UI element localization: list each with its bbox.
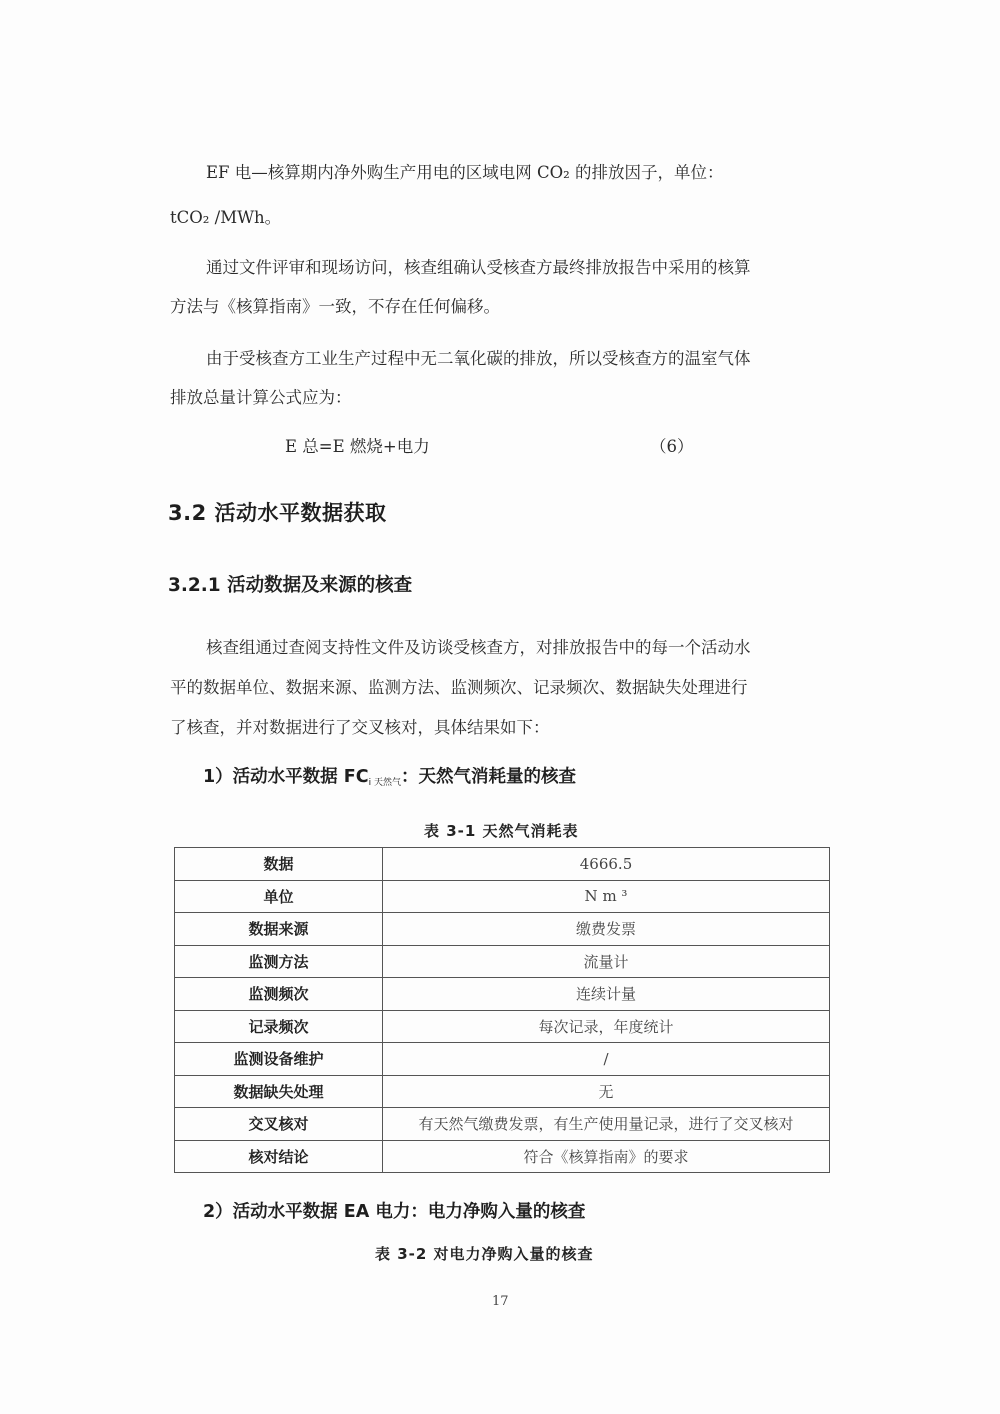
item2-heading: 2）活动水平数据 EA 电力：电力净购入量的核查 xyxy=(203,1198,585,1223)
formula-number: （6） xyxy=(650,437,694,457)
row-label: 记录频次 xyxy=(175,1010,383,1043)
item1-heading: 1）活动水平数据 FCi 天然气：天然气消耗量的核查 xyxy=(203,763,576,788)
row-value: 连续计量 xyxy=(383,978,830,1011)
row-label: 核对结论 xyxy=(175,1140,383,1173)
table-row: 监测设备维护 / xyxy=(175,1043,830,1076)
row-value: 缴费发票 xyxy=(383,913,830,946)
row-label: 单位 xyxy=(175,880,383,913)
method-paragraph-line2: 方法与《核算指南》一致，不存在任何偏移。 xyxy=(170,297,500,317)
natural-gas-consumption-table: 数据 4666.5 单位 N m ³ 数据来源 缴费发票 监测方法 流量计 监测… xyxy=(174,847,830,1173)
table-row: 数据来源 缴费发票 xyxy=(175,913,830,946)
table-row: 核对结论 符合《核算指南》的要求 xyxy=(175,1140,830,1173)
row-value: 4666.5 xyxy=(383,848,830,881)
table-row: 单位 N m ³ xyxy=(175,880,830,913)
row-label: 监测频次 xyxy=(175,978,383,1011)
row-label: 监测方法 xyxy=(175,945,383,978)
section-3-2-1-heading: 3.2.1 活动数据及来源的核查 xyxy=(168,571,412,597)
row-label: 数据缺失处理 xyxy=(175,1075,383,1108)
intro-paragraph-line3: 了核查，并对数据进行了交叉核对，具体结果如下： xyxy=(170,718,550,738)
row-label: 监测设备维护 xyxy=(175,1043,383,1076)
ef-definition-line2: tCO₂ /MWh。 xyxy=(170,208,281,228)
row-value: N m ³ xyxy=(383,880,830,913)
row-label: 数据来源 xyxy=(175,913,383,946)
table-row: 数据 4666.5 xyxy=(175,848,830,881)
row-value: 流量计 xyxy=(383,945,830,978)
table-row: 记录频次 每次记录，年度统计 xyxy=(175,1010,830,1043)
row-label: 交叉核对 xyxy=(175,1108,383,1141)
formula: E 总=E 燃烧+电力 xyxy=(285,437,430,457)
method-paragraph-line1: 通过文件评审和现场访问，核查组确认受核查方最终排放报告中采用的核算 xyxy=(206,258,751,278)
table-row: 交叉核对 有天然气缴费发票，有生产使用量记录，进行了交叉核对 xyxy=(175,1108,830,1141)
table-row: 监测频次 连续计量 xyxy=(175,978,830,1011)
table-row: 数据缺失处理 无 xyxy=(175,1075,830,1108)
total-emission-paragraph-line1: 由于受核查方工业生产过程中无二氧化碳的排放，所以受核查方的温室气体 xyxy=(206,349,751,369)
table-3-2-caption: 表 3-2 对电力净购入量的核查 xyxy=(375,1243,594,1264)
row-value: 无 xyxy=(383,1075,830,1108)
table-row: 监测方法 流量计 xyxy=(175,945,830,978)
row-value: 有天然气缴费发票，有生产使用量记录，进行了交叉核对 xyxy=(383,1108,830,1141)
item1-subscript-gas: 天然气 xyxy=(371,778,401,788)
table-3-1-caption: 表 3-1 天然气消耗表 xyxy=(424,820,579,841)
total-emission-paragraph-line2: 排放总量计算公式应为： xyxy=(170,388,352,408)
intro-paragraph-line2: 平的数据单位、数据来源、监测方法、监测频次、记录频次、数据缺失处理进行 xyxy=(170,678,748,698)
row-value: 符合《核算指南》的要求 xyxy=(383,1140,830,1173)
intro-paragraph-line1: 核查组通过查阅支持性文件及访谈受核查方，对排放报告中的每一个活动水 xyxy=(206,638,751,658)
item1-suffix: ：天然气消耗量的核查 xyxy=(401,767,576,787)
item1-prefix: 1）活动水平数据 FC xyxy=(203,767,369,787)
row-value: / xyxy=(383,1043,830,1076)
ef-definition-line1: EF 电—核算期内净外购生产用电的区域电网 CO₂ 的排放因子，单位： xyxy=(206,163,724,183)
page-number: 17 xyxy=(492,1294,509,1309)
row-value: 每次记录，年度统计 xyxy=(383,1010,830,1043)
row-label: 数据 xyxy=(175,848,383,881)
section-3-2-heading: 3.2 活动水平数据获取 xyxy=(168,497,387,527)
